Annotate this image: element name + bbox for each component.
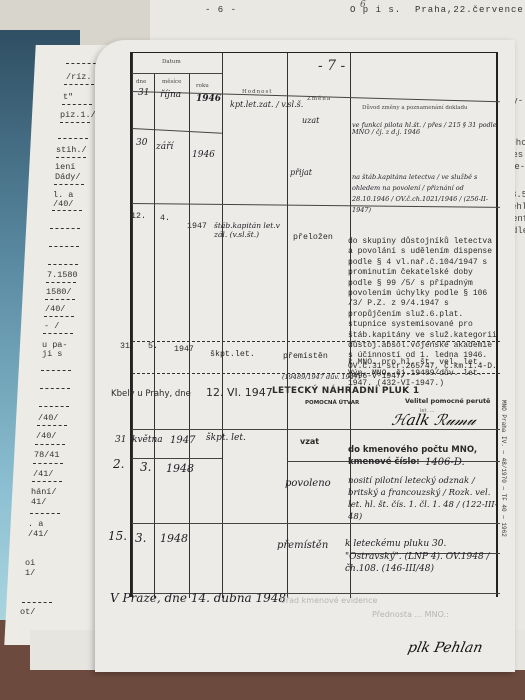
back-header-date: Praha,22.července 1949 xyxy=(415,5,525,15)
cell-duvod: nosití pilotní letecký odznak / britský … xyxy=(348,475,503,523)
cell-den: 12. xyxy=(131,212,146,223)
left-fragment: /40/ xyxy=(53,199,73,209)
stamp-unit: LETECKÝ NÁHRADNÍ PLUK 1 xyxy=(272,386,419,396)
cell-mesic: 4. xyxy=(160,214,170,225)
left-fragment: ìení xyxy=(55,162,75,172)
cell-zmena: uzat xyxy=(302,116,319,125)
cell-den: 15. xyxy=(108,530,127,544)
cell-zmena: vzat xyxy=(300,437,319,446)
cell-den: 31 xyxy=(138,88,149,98)
cell-hodnost: škpt. let. xyxy=(206,433,246,443)
cell-duvod: do kmenového počtu MNO, kmenové číslo: xyxy=(348,444,498,468)
stamp-place: Kbely u Prahy, dne xyxy=(111,389,191,399)
left-fragment: . a xyxy=(28,519,43,529)
commander-signature: ℋalk ℛ𝓊𝓂𝓊 xyxy=(390,411,478,429)
cell-zmena: přijat xyxy=(290,168,312,177)
left-fragment: stih./ xyxy=(56,145,87,155)
header-den: dne xyxy=(136,79,146,85)
header-zmena: Změna xyxy=(307,96,331,102)
cell-duvod: k leteckému pluku 30. "Ostravský". (LNP … xyxy=(345,538,500,576)
footer-faded-right: Přednosta ... MNO.: xyxy=(372,610,449,619)
footer-faded-left: Úřad kmenové evidence xyxy=(280,596,377,605)
footer-place-date: V Praze, dne 14. dubna 1948 xyxy=(110,592,286,606)
kmenove-cislo: 1406-D. xyxy=(425,457,465,469)
left-fragment: 7.1580 xyxy=(47,270,78,280)
cell-zmena: přemístěn xyxy=(283,352,328,363)
side-stamp: MNO Praha IV. — 48/1970 — TF 40 — 1962 xyxy=(500,400,507,537)
back-header-left: - 6 - xyxy=(205,5,237,15)
left-fragment: piz.1./ xyxy=(60,110,96,120)
cell-rok: 1946 xyxy=(192,150,215,160)
left-fragment: /40/ xyxy=(38,413,58,423)
cell-hodnost: škpt.let. xyxy=(210,350,255,361)
left-fragment: /40/ xyxy=(36,431,56,441)
left-fragment: 41/ xyxy=(31,497,46,507)
cell-mesic: 3. xyxy=(140,461,151,475)
header-rok: roku xyxy=(196,83,209,89)
left-fragment: 1/ xyxy=(25,568,35,578)
cell-mesic: května xyxy=(132,435,163,445)
cell-duvod: k MNO. pro hl. št. vel. let. Výn. MNO. č… xyxy=(348,358,498,390)
cell-rok: 1946 xyxy=(196,94,221,104)
left-fragment: 78/41 xyxy=(34,450,60,460)
cell-rok: 1948 xyxy=(160,533,188,546)
footer-signature: plk Pehlan xyxy=(406,640,484,656)
stamp-date: 12. VI. 1947 xyxy=(206,386,273,399)
cell-rok: 1947 xyxy=(187,222,207,233)
header-duvod: Důvod změny a poznamenání dokladu xyxy=(362,105,468,111)
left-fragment: /40/ xyxy=(45,304,65,314)
cell-rok: 1947 xyxy=(170,435,195,447)
left-fragment: hání/ xyxy=(31,487,57,497)
cell-mesic: 5. xyxy=(148,342,158,353)
left-fragment: 1580/ xyxy=(46,287,72,297)
left-fragment: /ríz. xyxy=(66,72,92,82)
back-header-opis: O p i s. xyxy=(350,5,401,15)
header-hodnost: Hodnost xyxy=(242,89,273,95)
left-fragment: ji s xyxy=(42,349,62,359)
left-fragment: /41/ xyxy=(28,529,48,539)
cell-den: 30 xyxy=(136,138,147,148)
cell-mesic: září xyxy=(156,142,173,152)
cell-den: 31. xyxy=(120,342,135,353)
cell-rok: 1948 xyxy=(166,463,194,476)
cell-hodnost: štáb.kapitán let.v zál. (v.sl.št.) xyxy=(214,222,282,239)
stamp-handwritten-ref: (19489/1947 dův. 1947) xyxy=(282,374,360,381)
left-fragment: t" xyxy=(63,92,73,102)
header-mesic: měsíce xyxy=(162,79,181,85)
cell-mesic: 3. xyxy=(135,532,146,546)
cell-den: 31 xyxy=(115,435,126,445)
left-fragment: ot/ xyxy=(20,607,35,617)
stamp-commander: Velitel pomocné perutě xyxy=(405,397,490,405)
left-fragment: - / xyxy=(44,321,59,331)
cell-mesic: října xyxy=(160,90,181,100)
cell-hodnost: kpt.let.zat. / v.sl.š. xyxy=(230,100,303,109)
cell-duvod: ve funkci pilota hl.št. / přes / 215 § 3… xyxy=(352,122,502,137)
left-fragment: oi xyxy=(25,558,35,568)
left-fragment: /41/ xyxy=(33,469,53,479)
cell-duvod: na štáb.kapitána letectva / ve službě s … xyxy=(352,172,497,216)
cell-rok: 1947 xyxy=(174,345,194,356)
cell-den: 2. xyxy=(113,458,124,472)
cell-zmena: přeložen xyxy=(293,233,333,244)
header-datum: Datum xyxy=(162,59,181,65)
cell-zmena: přemístěn xyxy=(277,540,328,552)
cell-zmena: povoleno xyxy=(285,478,331,490)
stamp-sub: POMOCNÁ ÚTVAR xyxy=(305,400,359,406)
left-fragment: Dády/ xyxy=(55,172,81,182)
